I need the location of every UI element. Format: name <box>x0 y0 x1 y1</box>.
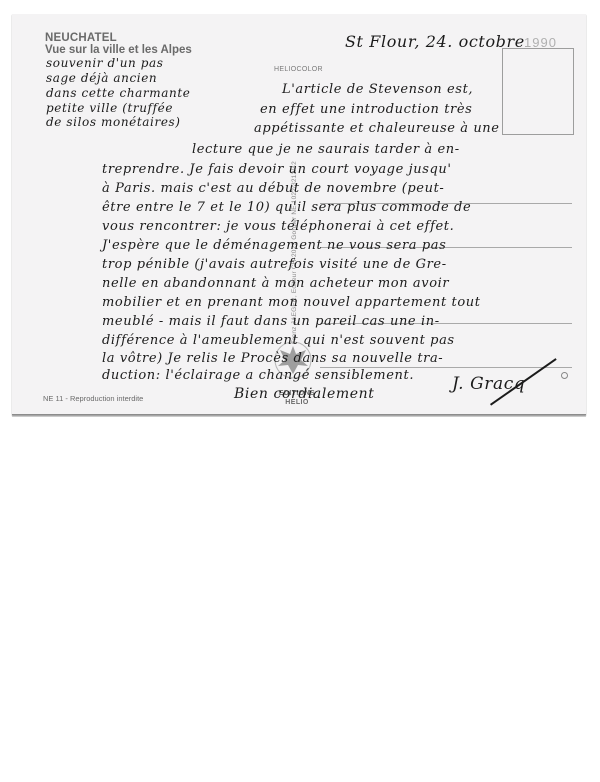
stamp-box <box>502 48 574 135</box>
letter-line: être entre le 7 et le 10) qu'il sera plu… <box>102 200 471 215</box>
letter-line: lecture que je ne saurais tarder à en- <box>192 142 460 157</box>
year-annotation: 1990 <box>524 35 557 50</box>
letter-line: duction: l'éclairage a changé sensibleme… <box>102 368 414 383</box>
left-note-line: dans cette charmante <box>46 86 190 100</box>
letter-line: appétissante et chaleureuse à une <box>254 121 500 136</box>
brand-label: HELIOCOLOR <box>274 66 323 73</box>
letter-line: L'article de Stevenson est, <box>282 82 473 97</box>
letter-line: J'espère que le déménagement ne vous ser… <box>102 238 446 253</box>
letter-line: trop pénible (j'avais autrefois visité u… <box>102 257 447 272</box>
signature: J. Gracq <box>452 374 525 394</box>
handwritten-date: St Flour, 24. octobre <box>345 32 525 51</box>
letter-line: mobilier et en prenant mon nouvel appart… <box>102 295 481 310</box>
letter-line: différence à l'ameublement qui n'est sou… <box>102 333 455 348</box>
corner-mark <box>561 372 568 379</box>
location-subtitle: Vue sur la ville et les Alpes <box>45 44 192 56</box>
letter-line: nelle en abandonnant à mon acheteur mon … <box>102 276 449 291</box>
left-note-line: petite ville (truffée <box>46 101 173 115</box>
letter-line: la vôtre) Je relis le Procès dans sa nou… <box>102 351 443 366</box>
letter-line: à Paris. mais c'est au début de novembre… <box>102 181 444 196</box>
letter-line: vous rencontrer: je vous téléphonerai à … <box>102 219 454 234</box>
reference-notice: NE 11 - Reproduction interdite <box>43 394 143 403</box>
letter-line: treprendre. Je fais devoir un court voya… <box>102 162 452 177</box>
left-note-line: souvenir d'un pas <box>46 56 164 70</box>
postcard: NEUCHATEL Vue sur la ville et les Alpes … <box>12 14 586 415</box>
left-note-line: de silos monétaires) <box>46 115 181 129</box>
left-note-line: sage déjà ancien <box>46 71 157 85</box>
letter-line: en effet une introduction très <box>260 102 472 117</box>
closing: Bien cordialement <box>234 386 374 402</box>
letter-line: meublé - mais il faut dans un pareil cas… <box>102 314 440 329</box>
location-title: NEUCHATEL <box>45 32 117 44</box>
